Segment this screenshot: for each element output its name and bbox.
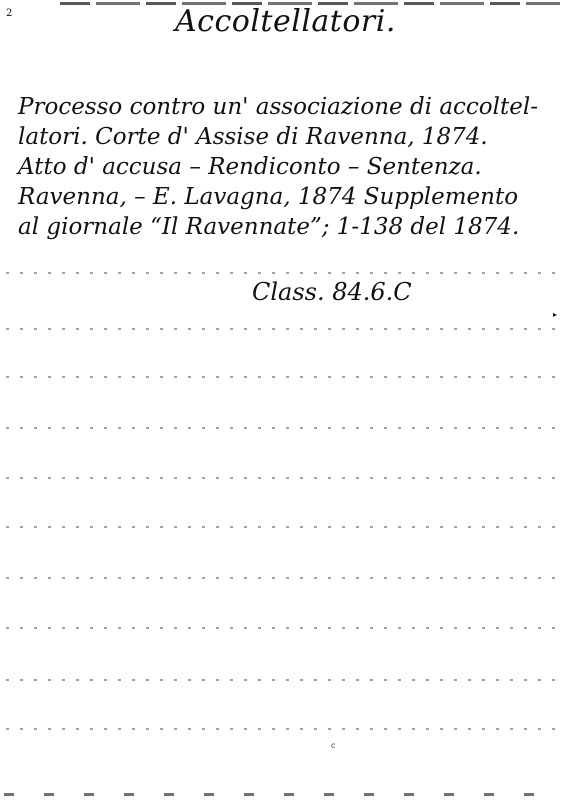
stray-mark: c xyxy=(331,741,335,750)
ruled-line xyxy=(6,477,556,479)
ruled-line xyxy=(6,328,556,330)
ruled-line xyxy=(6,577,556,579)
ruled-line xyxy=(6,526,556,528)
ruled-line xyxy=(6,272,556,274)
corner-mark: 2 xyxy=(6,8,12,19)
body-line: al giornale “Il Ravennate”; 1-138 del 18… xyxy=(18,212,558,242)
side-mark: ▸ xyxy=(553,310,557,319)
ruled-line xyxy=(6,679,556,681)
card-body: Processo contro un' associazione di acco… xyxy=(18,92,558,242)
ruled-line xyxy=(6,376,556,378)
ruled-line xyxy=(6,627,556,629)
ruled-line xyxy=(6,728,556,730)
body-line: Processo contro un' associazione di acco… xyxy=(18,92,558,122)
body-line: Atto d' accusa – Rendiconto – Sentenza. xyxy=(18,152,558,182)
card-title: Accoltellatori. xyxy=(175,4,396,39)
body-line: latori. Corte d' Assise di Ravenna, 1874… xyxy=(18,122,558,152)
ruled-line xyxy=(6,427,556,429)
scan-bottom-edge xyxy=(4,793,559,796)
classmark: Class. 84.6.C xyxy=(252,278,412,306)
body-line: Ravenna, – E. Lavagna, 1874 Supplemento xyxy=(18,182,558,212)
